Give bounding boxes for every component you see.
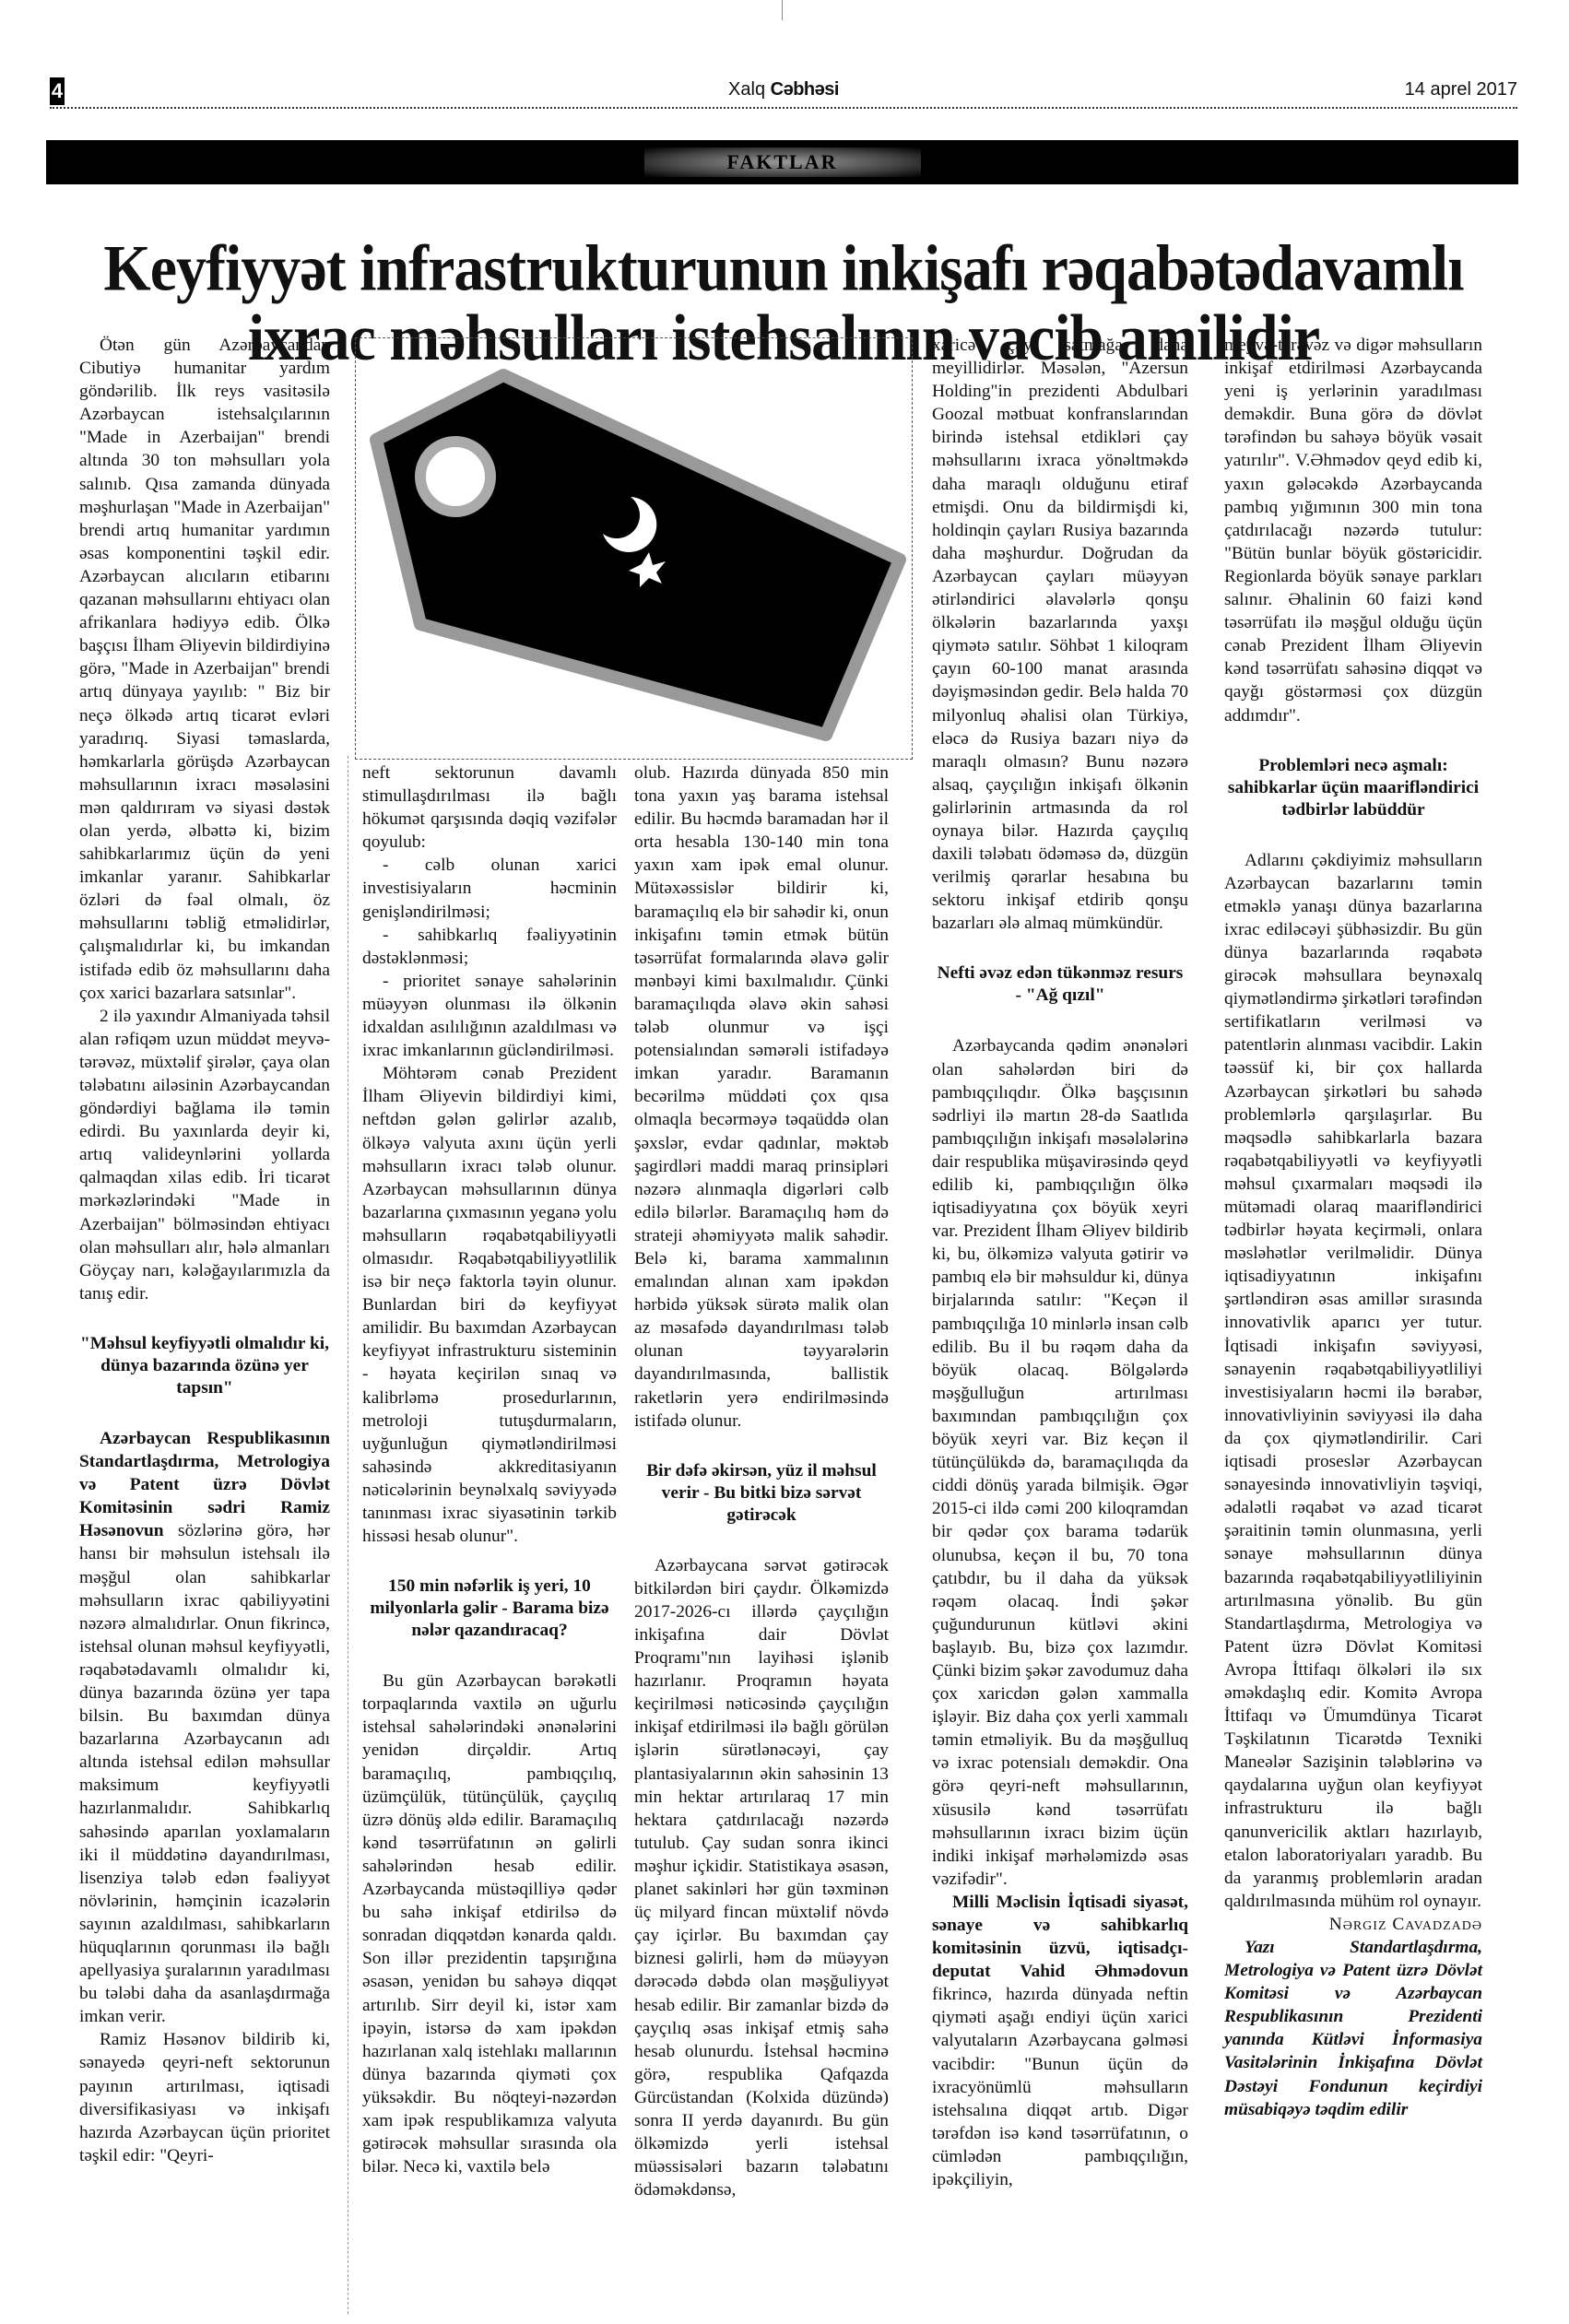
column-2: neft sektorunun davamlı stimullaşdırılma… — [362, 761, 617, 2178]
page-header: 4 Xalq Cəbhəsi 14 aprel 2017 — [50, 76, 1517, 109]
paragraph: Bu gün Azərbaycan bərəkətli torpaqlarınd… — [362, 1669, 617, 2178]
subheading: Problemləri necə aşmalı: sahibkarlar üçü… — [1224, 755, 1482, 821]
article-photo — [355, 337, 913, 760]
paragraph: Adlarını çəkdiyimiz məhsulların Azərbayc… — [1224, 849, 1482, 1913]
paragraph: Milli Məclisin İqtisadi siyasət, sənaye … — [932, 1891, 1188, 2191]
paragraph: Azərbaycana sərvət gətirəcək bitkilərdən… — [634, 1554, 889, 2202]
subheading: Nefti əvəz edən tükənməz resurs - "Ağ qı… — [932, 962, 1188, 1007]
subheading: 150 min nəfərlik iş yeri, 10 milyonlarla… — [362, 1575, 617, 1642]
subheading: "Məhsul keyfiyyətli olmalıdır ki, dünya … — [79, 1333, 330, 1399]
bold-lead: Milli Məclisin İqtisadi siyasət, sənaye … — [932, 1893, 1188, 1981]
list-item: - prioritet sənaye sahələrinin müəyyən o… — [362, 970, 617, 1062]
paragraph: Ötən gün Azərbaycandan Cibutiyə humanita… — [79, 334, 330, 1005]
paragraph: Möhtərəm cənab Prezident İlham Əliyevin … — [362, 1062, 617, 1548]
column-4: xaricə çay satmağa daha meyillidirlər. M… — [932, 334, 1188, 2191]
author-signature: Nərgiz Cavadzadə — [1224, 1913, 1482, 1936]
list-item: - sahibkarlıq fəaliyyətinin dəstəklənməs… — [362, 924, 617, 970]
paragraph: meyvə-tərəvəz və digər məhsulların inkiş… — [1224, 334, 1482, 727]
masthead-name: Cəbhəsi — [771, 79, 839, 100]
issue-date: 14 aprel 2017 — [1405, 79, 1517, 100]
masthead: Xalq Cəbhəsi — [50, 79, 1517, 100]
tag-with-crescent-star-icon — [356, 338, 912, 759]
paragraph: xaricə çay satmağa daha meyillidirlər. M… — [932, 334, 1188, 935]
column-5: meyvə-tərəvəz və digər məhsulların inkiş… — [1224, 334, 1482, 2121]
rubric-bar: FAKTLAR — [46, 140, 1518, 184]
column-divider — [348, 756, 348, 2314]
paragraph: Ramiz Həsənov bildirib ki, sənayedə qeyr… — [79, 2028, 330, 2167]
paragraph: olub. Hazırda dünyada 850 min tona yaxın… — [634, 761, 889, 1433]
paragraph: Azərbaycanda qədim ənənələri olan sahələ… — [932, 1034, 1188, 1890]
subheading: Bir dəfə əkirsən, yüz il məhsul verir - … — [634, 1460, 889, 1527]
crop-mark — [782, 0, 783, 20]
list-item: - cəlb olunan xarici investisiyaların hə… — [362, 854, 617, 923]
rubric-label: FAKTLAR — [644, 147, 921, 177]
paragraph: neft sektorunun davamlı stimullaşdırılma… — [362, 761, 617, 854]
paragraph: Azərbaycan Respublikasının Standartlaşdı… — [79, 1427, 330, 2028]
masthead-prefix: Xalq — [728, 79, 765, 100]
paragraph: 2 ilə yaxındır Almaniyada təhsil alan rə… — [79, 1005, 330, 1305]
column-3: olub. Hazırda dünyada 850 min tona yaxın… — [634, 761, 889, 2201]
column-1: Ötən gün Azərbaycandan Cibutiyə humanita… — [79, 334, 330, 2167]
publication-credit: Yazı Standartlaşdırma, Metrologiya və Pa… — [1224, 1936, 1482, 2121]
